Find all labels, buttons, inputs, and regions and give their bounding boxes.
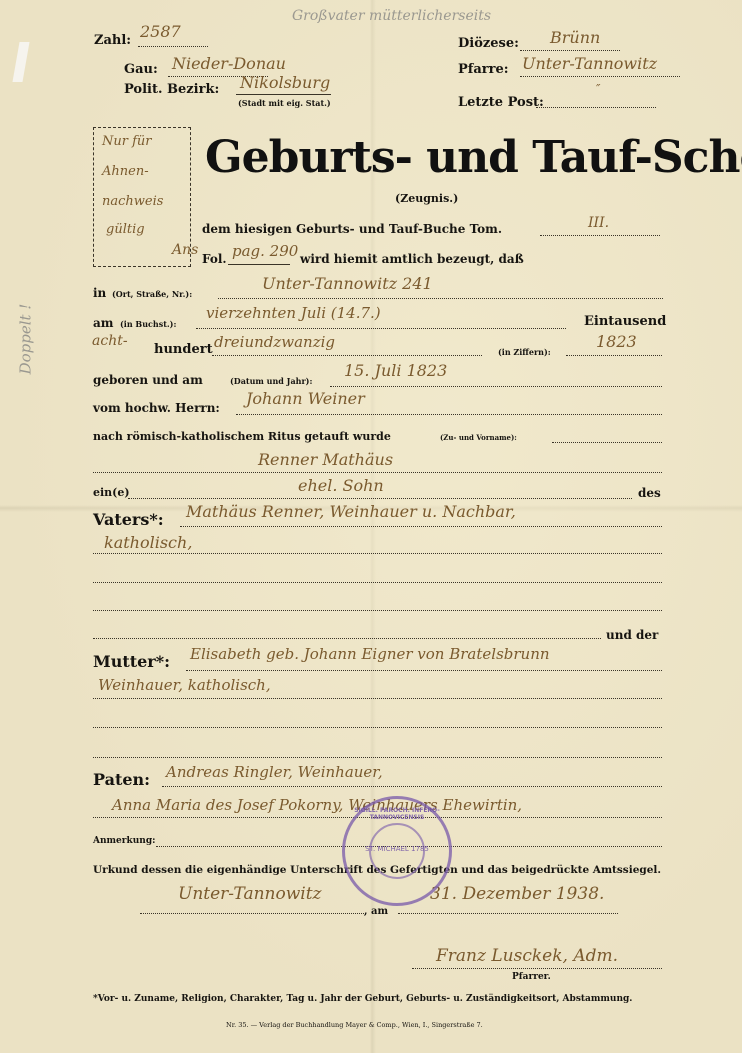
mutter-line-1: Elisabeth geb. Johann Eigner von Bratels… bbox=[190, 645, 550, 663]
fol-label: Fol. bbox=[202, 252, 227, 266]
gau-label: Gau: bbox=[124, 62, 158, 77]
vater-line-1: Mathäus Renner, Weinhauer u. Nachbar, bbox=[186, 502, 516, 521]
mutter-label: Mutter*: bbox=[93, 652, 170, 671]
geboren-line bbox=[330, 386, 662, 387]
fol-line bbox=[228, 264, 290, 265]
fol-prefix: Ans bbox=[172, 242, 198, 258]
des-label: des bbox=[638, 486, 661, 500]
paten-label: Paten: bbox=[93, 770, 150, 789]
certificate-page: Zahl: 2587 Großvater mütterlicherseits G… bbox=[0, 0, 742, 1053]
am-line bbox=[196, 328, 566, 329]
document-title: Geburts- und Tauf-Schein bbox=[205, 132, 742, 183]
ritus-hint: (Zu- und Vorname): bbox=[440, 433, 517, 442]
signature: Franz Lusckek, Adm. bbox=[436, 946, 618, 966]
paten-dotline-1 bbox=[162, 786, 662, 787]
bezirk-line bbox=[236, 94, 331, 95]
bezirk-note: (Stadt mit eig. Stat.) bbox=[238, 98, 331, 108]
ritus-value: Renner Mathäus bbox=[258, 450, 393, 469]
mutter-dotline-2 bbox=[93, 698, 662, 699]
fol-value: pag. 290 bbox=[232, 242, 298, 260]
hundert-value: dreiundzwanzig bbox=[214, 333, 335, 351]
in-value: Unter-Tannowitz 241 bbox=[262, 274, 433, 293]
vater-dotline-3 bbox=[93, 582, 662, 583]
ritus-label: nach römisch-katholischem Ritus getauft … bbox=[93, 430, 391, 443]
zahl-label: Zahl: bbox=[94, 33, 131, 48]
dioezese-value: Brünn bbox=[550, 28, 600, 47]
seal-ring-text: SIGILL. PAROCH. INFERO-TANNOVICENSIS bbox=[345, 807, 449, 821]
in-label: in bbox=[93, 286, 106, 300]
geboren-label: geboren und am bbox=[93, 373, 203, 387]
bezirk-value: Nikolsburg bbox=[240, 73, 330, 92]
post-line bbox=[536, 107, 656, 108]
ein-value: ehel. Sohn bbox=[298, 476, 384, 495]
zahl-line bbox=[138, 46, 208, 47]
signature-role: Pfarrer. bbox=[512, 972, 551, 982]
document-subtitle: (Zeugnis.) bbox=[395, 192, 458, 205]
ziffern-hint: (in Ziffern): bbox=[498, 347, 551, 357]
anmerkung-label: Anmerkung: bbox=[93, 836, 155, 846]
date-value: 31. Dezember 1938. bbox=[430, 884, 604, 904]
und-der-label: und der bbox=[606, 628, 658, 642]
printer-imprint: Nr. 35. — Verlag der Buchhandlung Mayer … bbox=[226, 1021, 483, 1029]
hundert-label: hundert bbox=[154, 342, 213, 357]
ein-label: ein(e) bbox=[93, 486, 130, 499]
am-value: vierzehnten Juli (14.7.) bbox=[206, 304, 381, 322]
vater-dotline-4 bbox=[93, 610, 662, 611]
post-value: ″ bbox=[596, 82, 600, 96]
box-line-4: gültig bbox=[106, 222, 145, 237]
zahl-value: 2587 bbox=[140, 22, 181, 41]
vater-dotline-1 bbox=[180, 526, 662, 527]
ritus-line-1 bbox=[552, 442, 662, 443]
am-hint: (in Buchst.): bbox=[120, 319, 176, 329]
post-label: Letzte Post: bbox=[458, 95, 544, 110]
gau-value: Nieder-Donau bbox=[172, 54, 286, 73]
vater-line-2: katholisch, bbox=[104, 533, 192, 552]
register-label: dem hiesigen Geburts- und Tauf-Buche Tom… bbox=[202, 222, 502, 236]
dioezese-label: Diözese: bbox=[458, 36, 519, 51]
pencil-note: Großvater mütterlicherseits bbox=[292, 8, 491, 24]
herrn-label: vom hochw. Herrn: bbox=[93, 401, 220, 415]
bezirk-label: Polit. Bezirk: bbox=[124, 82, 219, 97]
paten-line-1: Andreas Ringler, Weinhauer, bbox=[166, 763, 383, 781]
ziffern-line bbox=[566, 355, 662, 356]
signature-line bbox=[412, 968, 662, 969]
vater-dotline-2 bbox=[93, 553, 662, 554]
tom-line bbox=[540, 235, 660, 236]
ritus-line-2 bbox=[93, 472, 662, 473]
geboren-value: 15. Juli 1823 bbox=[344, 361, 447, 380]
hundert-prefix: acht- bbox=[92, 333, 128, 349]
vater-dotline-5 bbox=[93, 638, 601, 639]
seal-center-text: ST. MICHAEL 1785 bbox=[345, 845, 449, 853]
eintausend-label: Eintausend bbox=[584, 314, 666, 329]
mutter-dotline-4 bbox=[93, 757, 662, 758]
pfarre-line bbox=[520, 76, 680, 77]
place-value: Unter-Tannowitz bbox=[178, 884, 322, 904]
box-line-1: Nur für bbox=[102, 134, 152, 149]
box-line-3: nachweis bbox=[102, 194, 163, 209]
in-hint: (Ort, Straße, Nr.): bbox=[112, 289, 192, 299]
margin-note-doppelt: Doppelt ! bbox=[16, 304, 34, 375]
paten-line-2: Anna Maria des Josef Pokorny, Weinhauers… bbox=[112, 796, 522, 814]
bezeugt-label: wird hiemit amtlich bezeugt, daß bbox=[300, 252, 524, 266]
am-separator: , am bbox=[364, 906, 388, 917]
in-line bbox=[218, 298, 663, 299]
tom-value: III. bbox=[588, 215, 609, 231]
parish-seal: SIGILL. PAROCH. INFERO-TANNOVICENSIS ST.… bbox=[342, 796, 452, 906]
vater-label: Vaters*: bbox=[93, 510, 164, 529]
footnote: *Vor- u. Zuname, Religion, Charakter, Ta… bbox=[93, 994, 632, 1004]
hundert-line bbox=[212, 355, 482, 356]
herrn-value: Johann Weiner bbox=[246, 389, 365, 408]
dioezese-line bbox=[520, 50, 620, 51]
place-line bbox=[140, 913, 366, 914]
box-line-2: Ahnen- bbox=[102, 164, 149, 179]
am-label: am bbox=[93, 316, 113, 330]
herrn-line bbox=[236, 414, 662, 415]
geboren-hint: (Datum und Jahr): bbox=[230, 376, 312, 386]
mutter-dotline-3 bbox=[93, 727, 662, 728]
date-line bbox=[398, 913, 618, 914]
ein-line bbox=[128, 498, 632, 499]
paper-tear bbox=[12, 42, 29, 82]
ziffern-value: 1823 bbox=[596, 332, 637, 351]
mutter-line-2: Weinhauer, katholisch, bbox=[98, 676, 271, 694]
pfarre-label: Pfarre: bbox=[458, 62, 509, 77]
mutter-dotline-1 bbox=[186, 670, 662, 671]
pfarre-value: Unter-Tannowitz bbox=[522, 54, 657, 73]
